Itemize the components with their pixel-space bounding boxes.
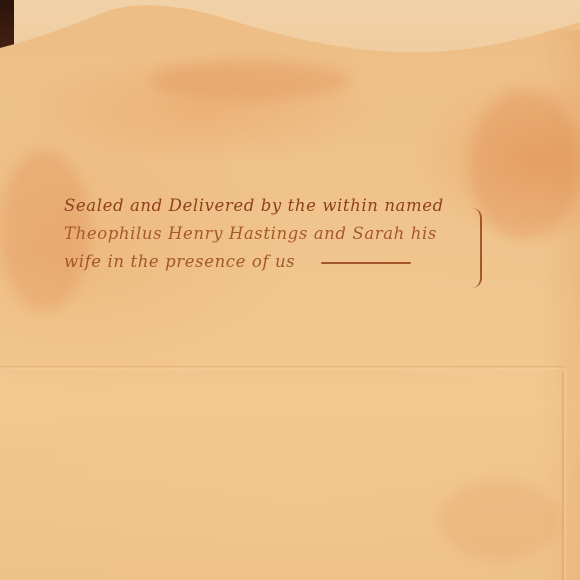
handwritten-attestation: Sealed and Delivered by the within named… xyxy=(64,192,484,276)
paper-sheet xyxy=(0,0,580,580)
brace-mark xyxy=(470,208,482,288)
handwriting-line: wife in the presence of us xyxy=(64,248,484,276)
handwriting-line: Sealed and Delivered by the within named xyxy=(64,192,484,220)
vertical-fold xyxy=(562,372,566,580)
document-photo: Sealed and Delivered by the within named… xyxy=(0,0,580,580)
signature-dash xyxy=(321,262,411,264)
handwriting-line-text: wife in the presence of us xyxy=(64,252,295,271)
horizontal-fold xyxy=(0,366,565,369)
page-edge-shadow xyxy=(540,30,580,580)
handwriting-line: Theophilus Henry Hastings and Sarah his xyxy=(64,220,484,248)
